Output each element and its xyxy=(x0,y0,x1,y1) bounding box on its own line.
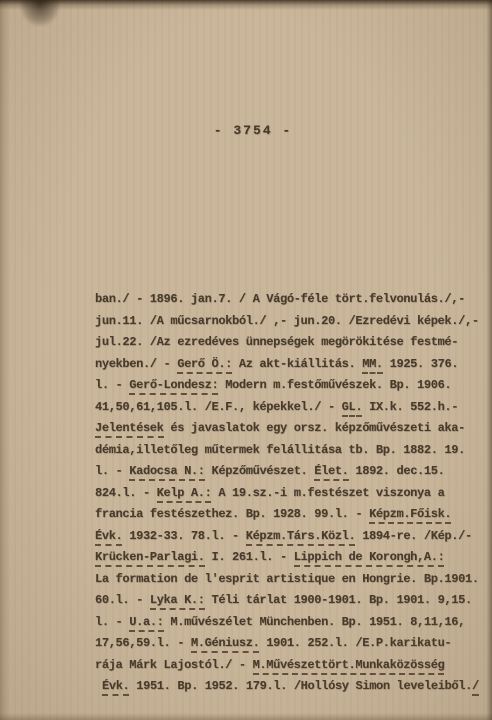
text-segment: 60.l. - xyxy=(95,593,150,607)
text-segment: rája Márk Lajostól./ - xyxy=(95,658,253,672)
text-segment: Téli tárlat 1900-1901. Bp. 1901. 9,15. xyxy=(205,593,472,607)
text-segment: 1901. 252.l. /E.P.karikatu- xyxy=(259,636,451,650)
text-line: l. - Kadocsa N.: Képzőművészet. Élet. 18… xyxy=(95,461,480,483)
text-segment: l. - xyxy=(95,378,129,392)
text-segment: Élet. xyxy=(314,464,348,481)
text-line: Jelentések és javaslatok egy orsz. képző… xyxy=(95,418,480,440)
text-segment: GL. xyxy=(342,400,363,417)
text-segment: IX.k. 552.h.- xyxy=(362,400,458,414)
text-line: l. - U.a.: M.művészélet Münchenben. Bp. … xyxy=(95,612,480,634)
text-line: Krücken-Parlagi. I. 261.l. - Lippich de … xyxy=(95,547,480,569)
text-segment: l. - xyxy=(95,615,129,629)
text-line: 60.l. - Lyka K.: Téli tárlat 1900-1901. … xyxy=(95,590,480,612)
scanned-page: - 3754 - ban./ - 1896. jan.7. / A Vágó-f… xyxy=(0,0,492,720)
text-segment: jun.11. /A műcsarnokból./ ,- jun.20. /Ez… xyxy=(95,314,479,328)
text-line: La formation de l'esprit artistique en H… xyxy=(95,569,480,591)
text-line: ban./ - 1896. jan.7. / A Vágó-féle tört.… xyxy=(95,289,480,311)
text-line: 17,56,59.l. - M.Géniusz. 1901. 252.l. /E… xyxy=(95,633,480,655)
text-segment: 1932-33. 78.l. - xyxy=(122,529,245,543)
text-segment: A 19.sz.-i m.festészet viszonya a xyxy=(211,486,444,500)
text-line: 824.l. - Kelp A.: A 19.sz.-i m.festészet… xyxy=(95,483,480,505)
text-segment: I. 261.l. - xyxy=(205,550,294,564)
page-number: - 3754 - xyxy=(7,123,492,138)
text-segment: Krücken-Parlagi. xyxy=(95,550,205,567)
text-segment: 41,50,61,105.l. /E.F., képekkel./ - xyxy=(95,400,342,414)
text-segment: 1925. 376. xyxy=(383,357,458,371)
text-line: Évk. 1951. Bp. 1952. 179.l. /Hollósy Sim… xyxy=(95,676,480,698)
text-segment: M.Géniusz. xyxy=(191,636,260,653)
text-segment: Képzőművészet. xyxy=(205,464,315,478)
text-segment: l. - xyxy=(95,464,129,478)
text-segment: Az akt-kiállitás. xyxy=(232,357,362,371)
text-segment: Kadocsa N.: xyxy=(129,464,204,481)
text-line: rája Márk Lajostól./ - M.Művészettört.Mu… xyxy=(95,655,480,677)
text-line: nyekben./ - Gerő Ö.: Az akt-kiállitás. M… xyxy=(95,354,480,376)
text-segment: 1894-re. /Kép./- xyxy=(355,529,471,543)
text-segment: francia festészethez. Bp. 1928. 99.l. - xyxy=(95,507,369,521)
text-segment: M.Művészettört.Munkaközösség xyxy=(253,658,445,675)
text-block: ban./ - 1896. jan.7. / A Vágó-féle tört.… xyxy=(95,289,480,698)
text-line: francia festészethez. Bp. 1928. 99.l. - … xyxy=(95,504,480,526)
text-segment: La formation de l'esprit artistique en H… xyxy=(95,572,479,586)
text-segment: nyekben./ - xyxy=(95,357,177,371)
text-segment: 1951. Bp. 1952. 179.l. /Hollósy Simon le… xyxy=(129,679,472,693)
text-segment: Évk. xyxy=(95,529,122,546)
text-segment: ban./ - 1896. jan.7. / A Vágó-féle tört.… xyxy=(95,292,465,306)
text-segment: Gerő-Londesz: xyxy=(129,378,218,395)
text-segment: démia,illetőleg műtermek felállitása tb.… xyxy=(95,443,465,457)
text-segment: jul.22. /Az ezredéves ünnepségek megörök… xyxy=(95,335,458,349)
text-segment: MM. xyxy=(362,357,383,374)
text-segment: Képzm.Társ.Közl. xyxy=(246,529,356,546)
text-segment: 17,56,59.l. - xyxy=(95,636,191,650)
text-segment: és javaslatok egy orsz. képzőművészeti a… xyxy=(164,421,465,435)
text-line: Évk. 1932-33. 78.l. - Képzm.Társ.Közl. 1… xyxy=(95,526,480,548)
text-line: 41,50,61,105.l. /E.F., képekkel./ - GL. … xyxy=(95,397,480,419)
text-segment: Lippich de Korongh,A.: xyxy=(294,550,445,567)
text-line: jun.11. /A műcsarnokból./ ,- jun.20. /Ez… xyxy=(95,311,480,333)
text-segment: 824.l. - xyxy=(95,486,157,500)
text-segment: Modern m.festőművészek. Bp. 1906. xyxy=(218,378,451,392)
text-segment: Lyka K.: xyxy=(150,593,205,610)
text-segment: Képzm.Főisk. xyxy=(369,507,451,524)
text-line: jul.22. /Az ezredéves ünnepségek megörök… xyxy=(95,332,480,354)
text-segment: / xyxy=(472,679,479,696)
text-line: l. - Gerő-Londesz: Modern m.festőművésze… xyxy=(95,375,480,397)
text-line: démia,illetőleg műtermek felállitása tb.… xyxy=(95,440,480,462)
scan-smudge xyxy=(20,0,60,26)
text-segment: U.a.: xyxy=(129,615,163,632)
text-segment: Kelp A.: xyxy=(157,486,212,503)
text-segment: Gerő Ö.: xyxy=(177,357,232,374)
text-segment: Jelentések xyxy=(95,421,164,438)
text-segment: M.művészélet Münchenben. Bp. 1951. 8,11,… xyxy=(164,615,465,629)
text-segment: 1892. dec.15. xyxy=(349,464,445,478)
text-segment: Évk. xyxy=(102,679,129,696)
